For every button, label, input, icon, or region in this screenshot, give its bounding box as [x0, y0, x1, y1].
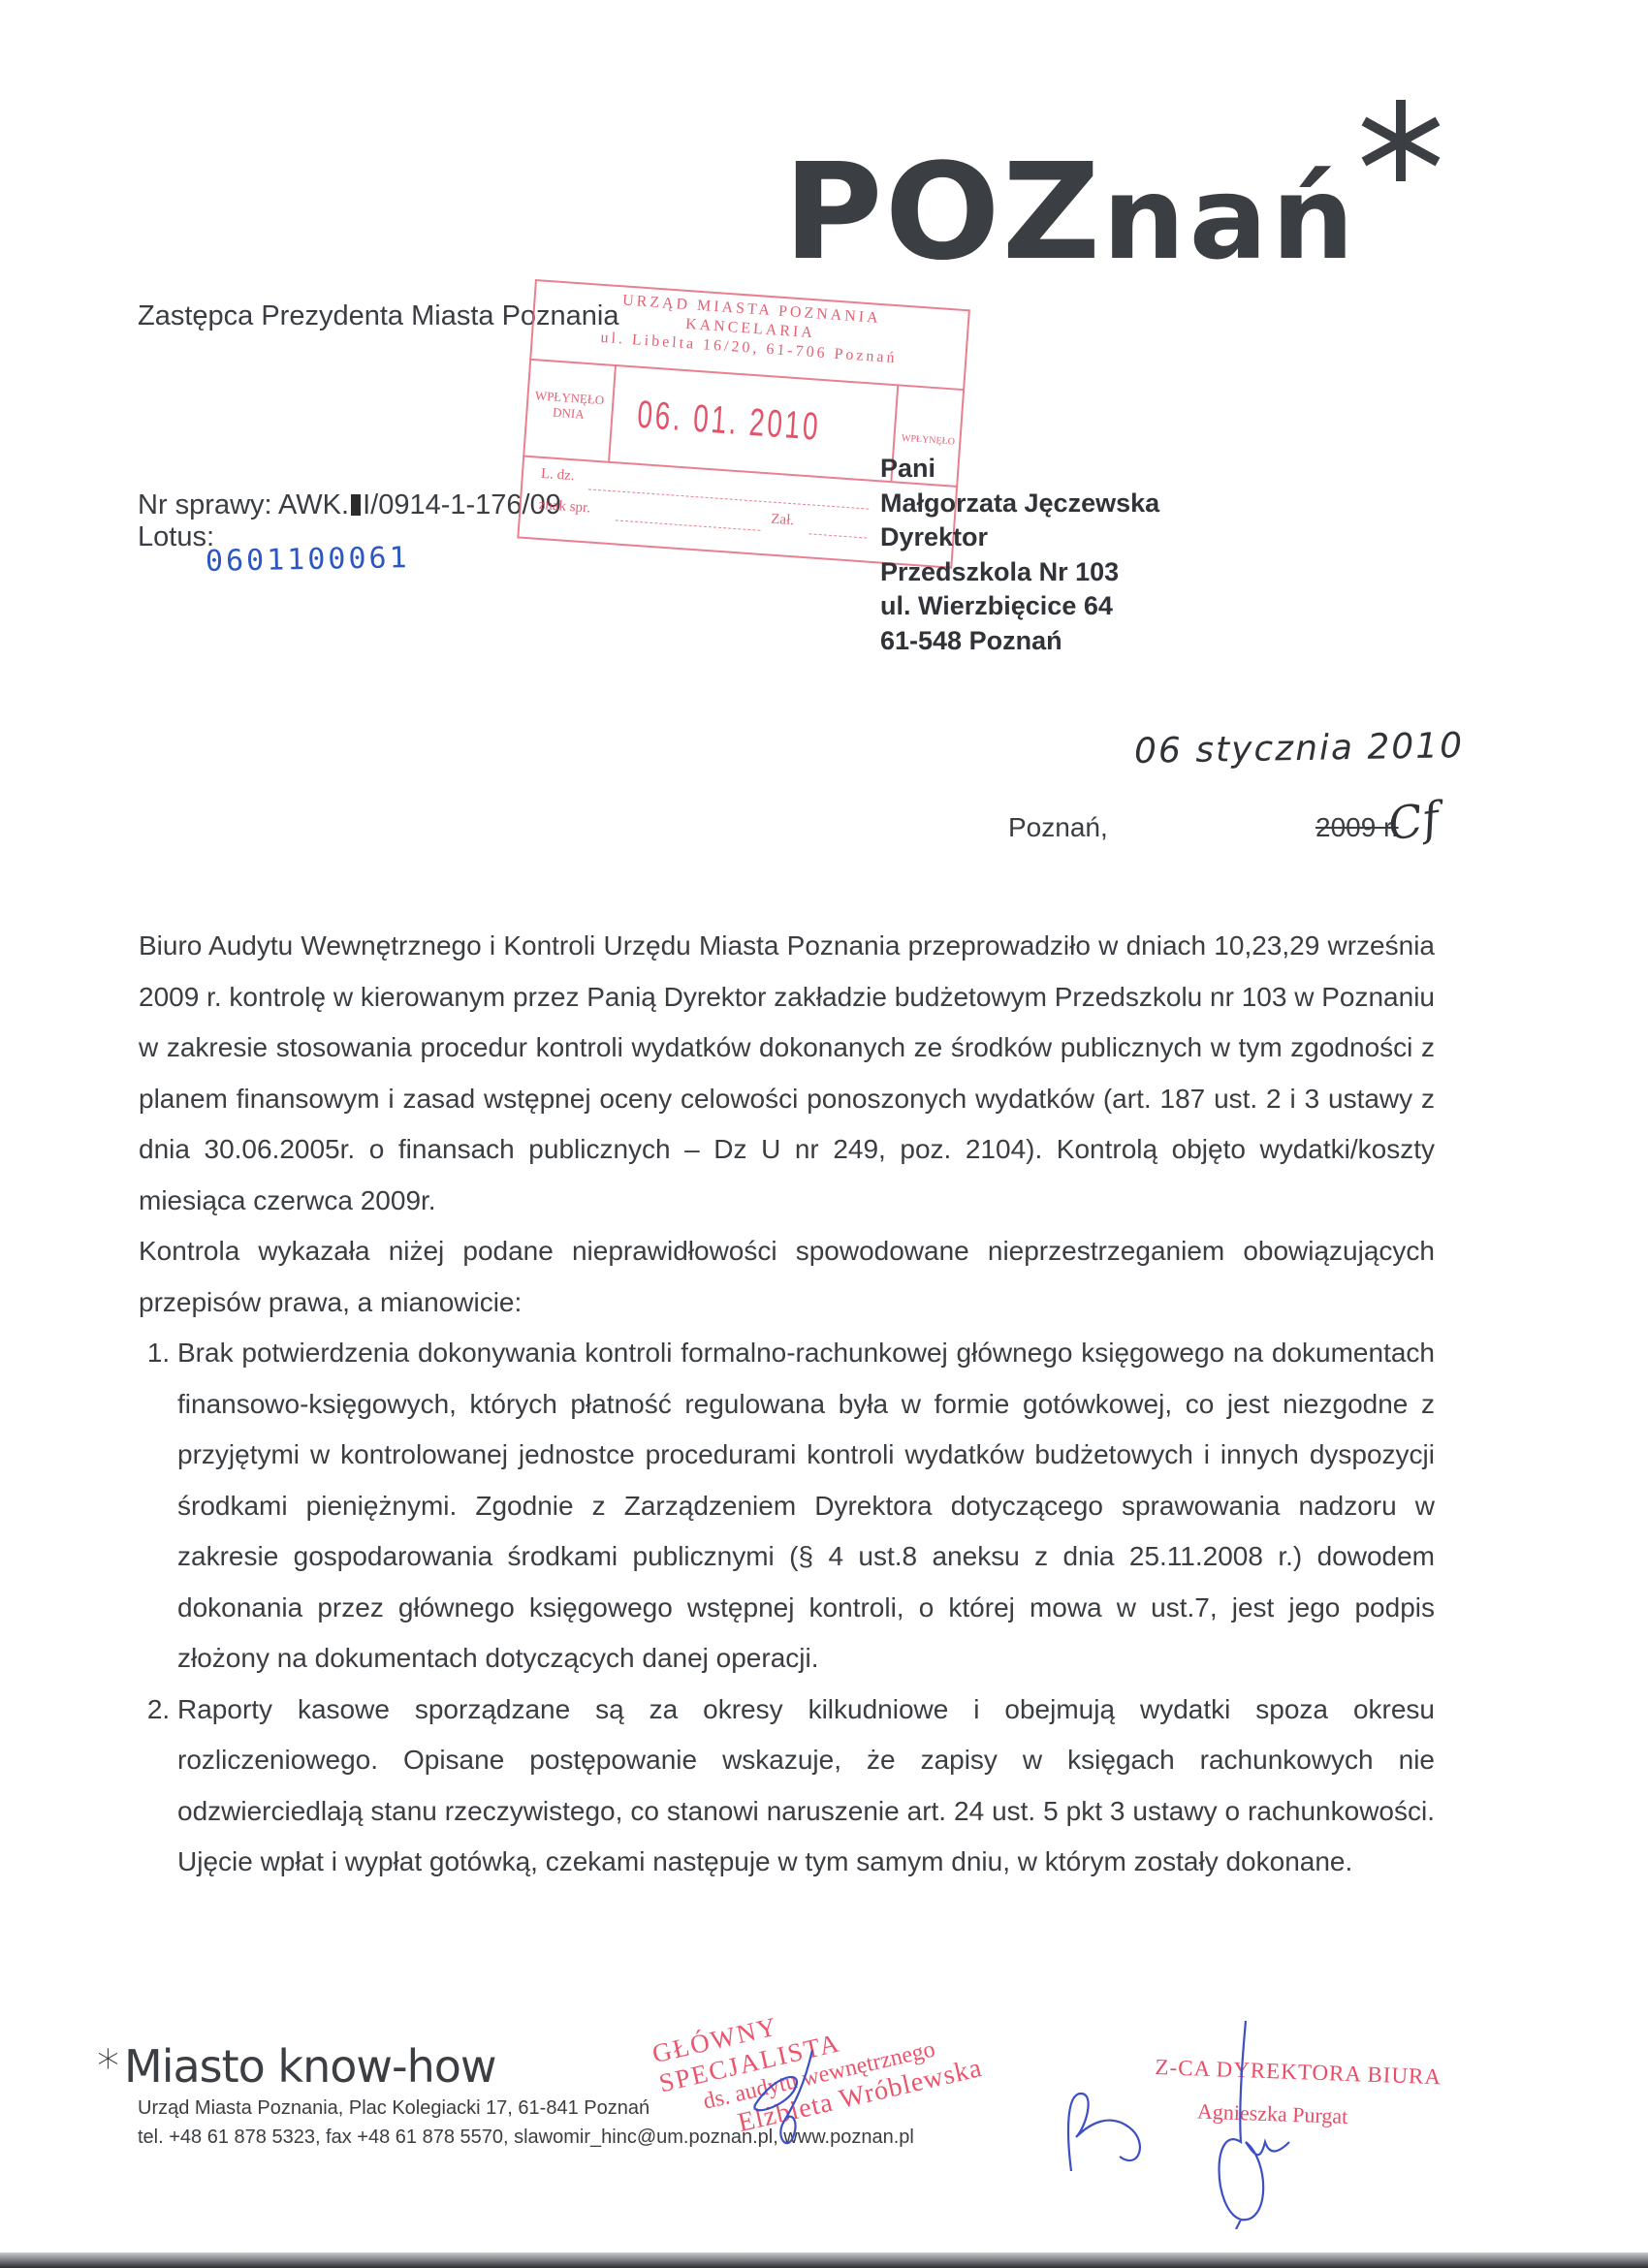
recipient-role: Dyrektor	[880, 520, 1159, 555]
finding-item: Brak potwierdzenia dokonywania kontroli …	[177, 1328, 1435, 1685]
slogan-text: Miasto know-how	[124, 2040, 496, 2093]
intro-paragraph: Biuro Audytu Wewnętrznego i Kontroli Urz…	[139, 921, 1435, 1226]
asterisk-icon	[1352, 92, 1449, 189]
stamp-line	[616, 520, 761, 530]
recipient-block: Pani Małgorzata Jęczewska Dyrektor Przed…	[880, 452, 1159, 658]
case-label: Nr sprawy: AWK.	[138, 489, 349, 520]
correction-initials: Cf	[1384, 792, 1442, 851]
recipient-city: 61-548 Poznań	[880, 624, 1159, 659]
lotus-number-handwritten: 0601100061	[206, 541, 410, 579]
recipient-institution: Przedszkola Nr 103	[880, 555, 1159, 590]
redaction-mark	[351, 494, 361, 516]
lotus-label: Lotus:	[138, 521, 214, 553]
recipient-name: Małgorzata Jęczewska	[880, 487, 1159, 521]
findings-list: Brak potwierdzenia dokonywania kontroli …	[139, 1328, 1435, 1888]
recipient-salutation: Pani	[880, 452, 1159, 487]
case-number: Nr sprawy: AWK.I/0914-1-176/09	[138, 489, 561, 521]
signature-scribble	[1052, 2074, 1168, 2181]
asterisk-icon: *	[97, 2040, 118, 2093]
signature-deputy	[1202, 2016, 1318, 2229]
stamp-zal-label: Zał.	[771, 512, 795, 530]
stamp-date: 06. 01. 2010	[636, 394, 822, 450]
logo-lower: nań	[1102, 153, 1358, 285]
lead-paragraph: Kontrola wykazała niżej podane nieprawid…	[139, 1226, 1435, 1328]
letter-body: Biuro Audytu Wewnętrznego i Kontroli Urz…	[139, 921, 1435, 1888]
logo-upper: POZ	[783, 136, 1102, 291]
stamp-ldz-label: L. dz.	[540, 466, 575, 485]
footer-slogan: *Miasto know-how	[97, 2040, 496, 2093]
handwritten-date: 06 stycznia 2010	[1134, 726, 1465, 772]
stamp-znak-label: znak spr.	[538, 497, 590, 518]
recipient-street: ul. Wierzbięcice 64	[880, 589, 1159, 624]
scan-edge	[0, 2252, 1648, 2268]
struck-year: 2009 r.	[1315, 812, 1399, 843]
signature-specialist	[737, 2045, 853, 2171]
stamp-received-label: WPŁYNĘŁO DNIA	[523, 359, 617, 461]
finding-item: Raporty kasowe sporządzane są za okresy …	[177, 1685, 1435, 1888]
stamp-line	[808, 533, 867, 538]
place-label: Poznań,	[1008, 812, 1108, 843]
poznan-logo: POZnań	[783, 146, 1358, 279]
stamp-line	[588, 488, 869, 509]
